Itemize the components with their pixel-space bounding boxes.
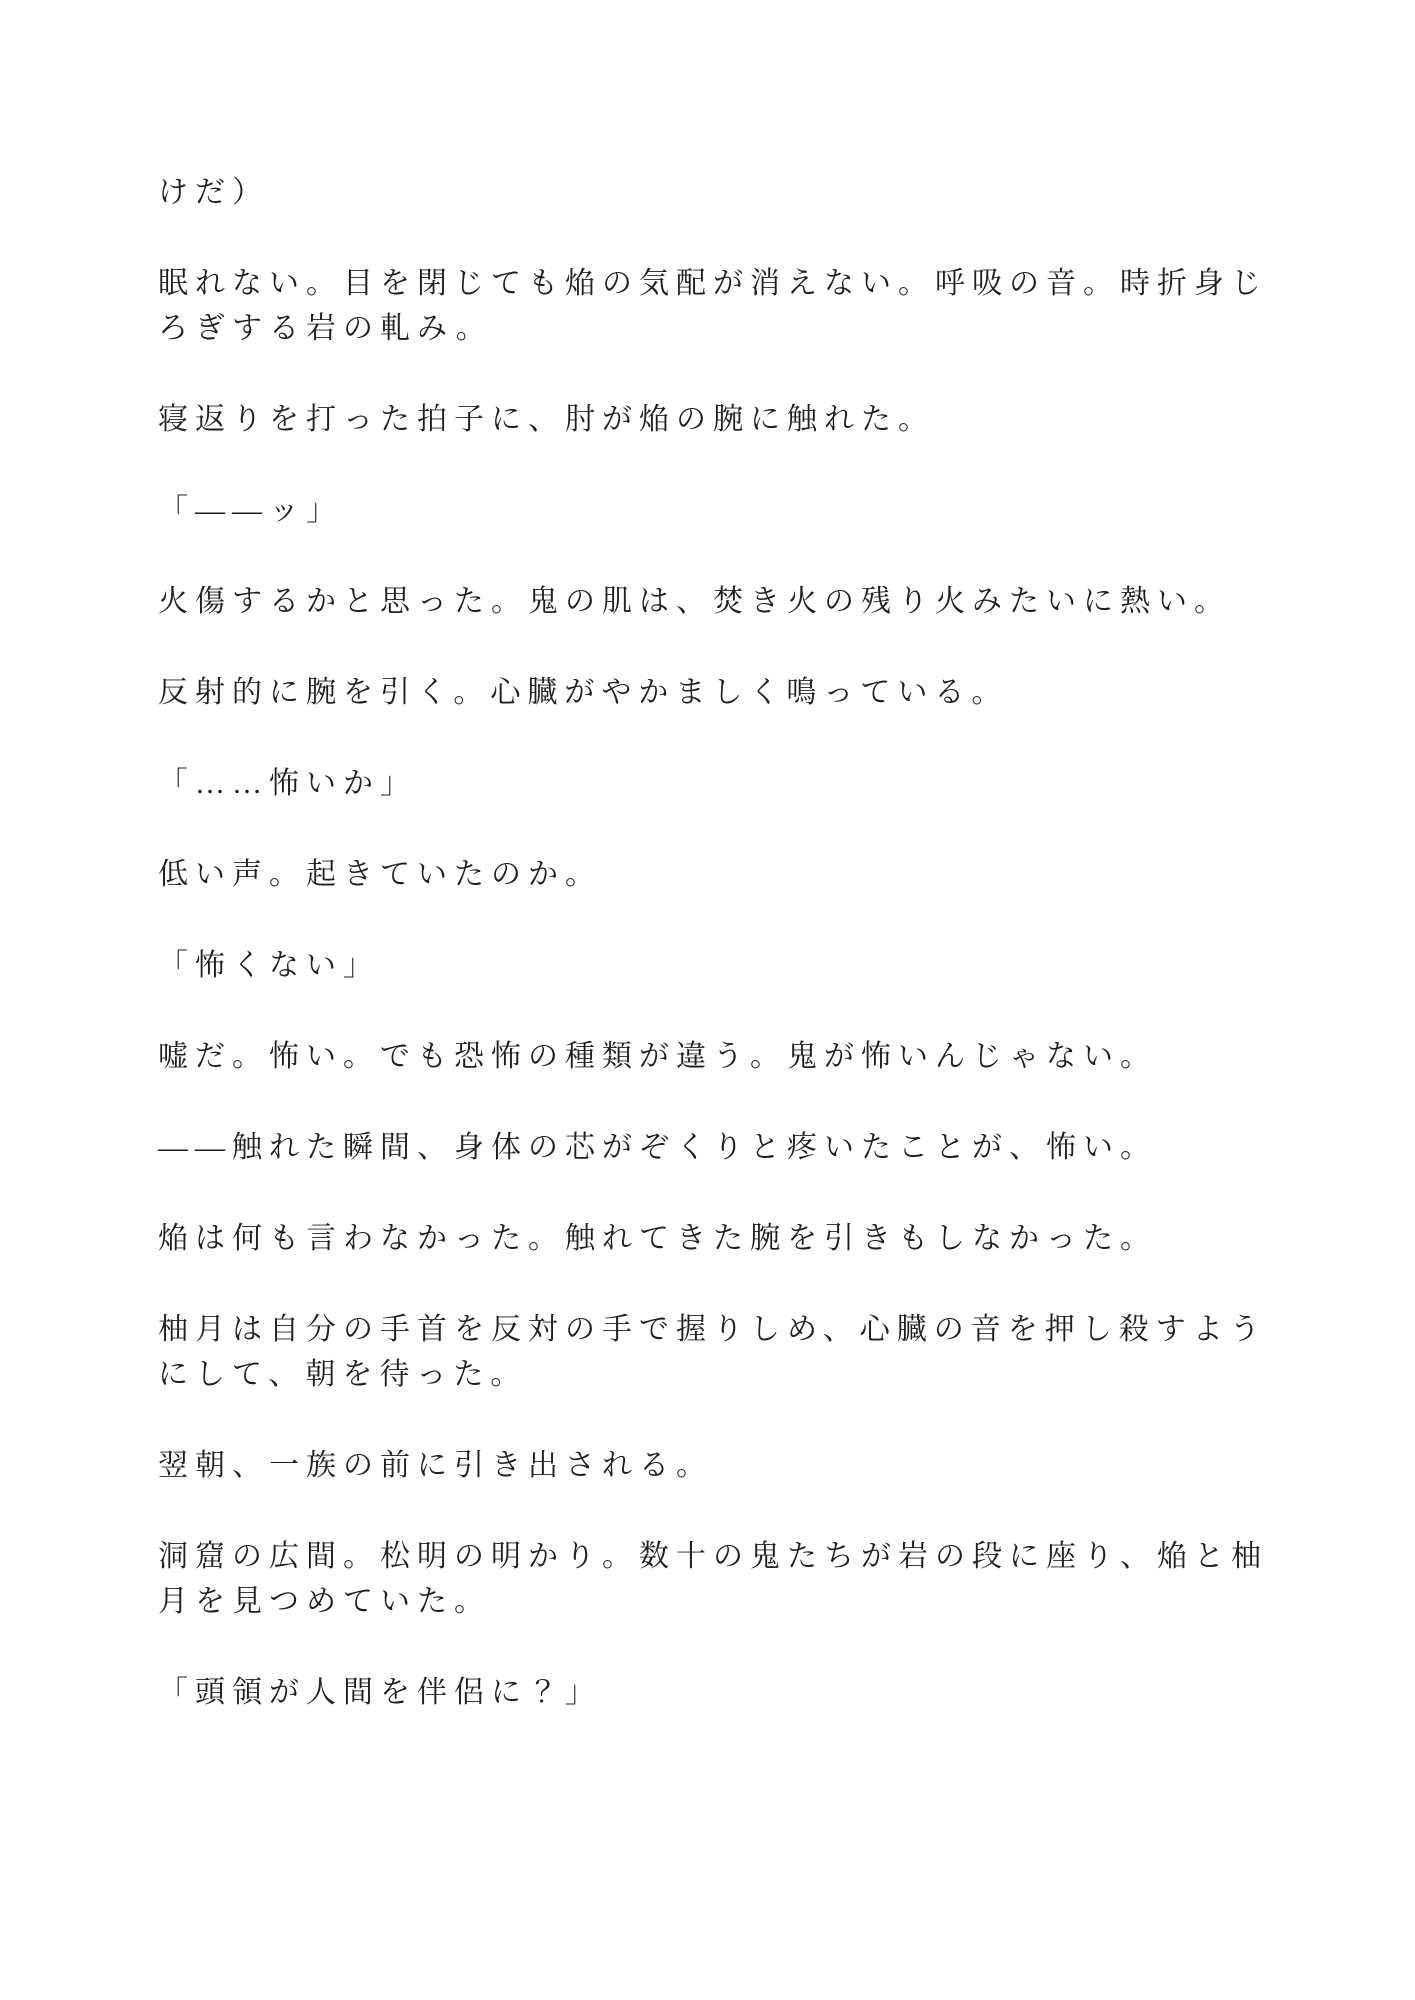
paragraph: 眠れない。目を閉じても焔の気配が消えない。呼吸の音。時折身じろぎする岩の軋み。 bbox=[158, 261, 1272, 351]
paragraph: 嘘だ。怖い。でも恐怖の種類が違う。鬼が怖いんじゃない。 bbox=[158, 1034, 1272, 1079]
paragraph: 焔は何も言わなかった。触れてきた腕を引きもしなかった。 bbox=[158, 1216, 1272, 1261]
paragraph: 洞窟の広間。松明の明かり。数十の鬼たちが岩の段に座り、焔と柚月を見つめていた。 bbox=[158, 1534, 1272, 1624]
paragraph: 「……怖いか」 bbox=[158, 761, 1272, 806]
paragraph: 火傷するかと思った。鬼の肌は、焚き火の残り火みたいに熱い。 bbox=[158, 579, 1272, 624]
paragraph: 柚月は自分の手首を反対の手で握りしめ、心臓の音を押し殺すようにして、朝を待った。 bbox=[158, 1307, 1272, 1397]
paragraph: 「怖くない」 bbox=[158, 943, 1272, 988]
paragraph: 翌朝、一族の前に引き出される。 bbox=[158, 1443, 1272, 1488]
paragraph: ――触れた瞬間、身体の芯がぞくりと疼いたことが、怖い。 bbox=[158, 1125, 1272, 1170]
paragraph: 「頭領が人間を伴侶に？」 bbox=[158, 1670, 1272, 1715]
paragraph: けだ） bbox=[158, 170, 1272, 215]
paragraph: 反射的に腕を引く。心臓がやかましく鳴っている。 bbox=[158, 670, 1272, 715]
document-body: けだ）眠れない。目を閉じても焔の気配が消えない。呼吸の音。時折身じろぎする岩の軋… bbox=[158, 170, 1272, 1715]
document-page: けだ）眠れない。目を閉じても焔の気配が消えない。呼吸の音。時折身じろぎする岩の軋… bbox=[0, 0, 1415, 2000]
paragraph: 低い声。起きていたのか。 bbox=[158, 852, 1272, 897]
paragraph: 「――ッ」 bbox=[158, 488, 1272, 533]
paragraph: 寝返りを打った拍子に、肘が焔の腕に触れた。 bbox=[158, 397, 1272, 442]
